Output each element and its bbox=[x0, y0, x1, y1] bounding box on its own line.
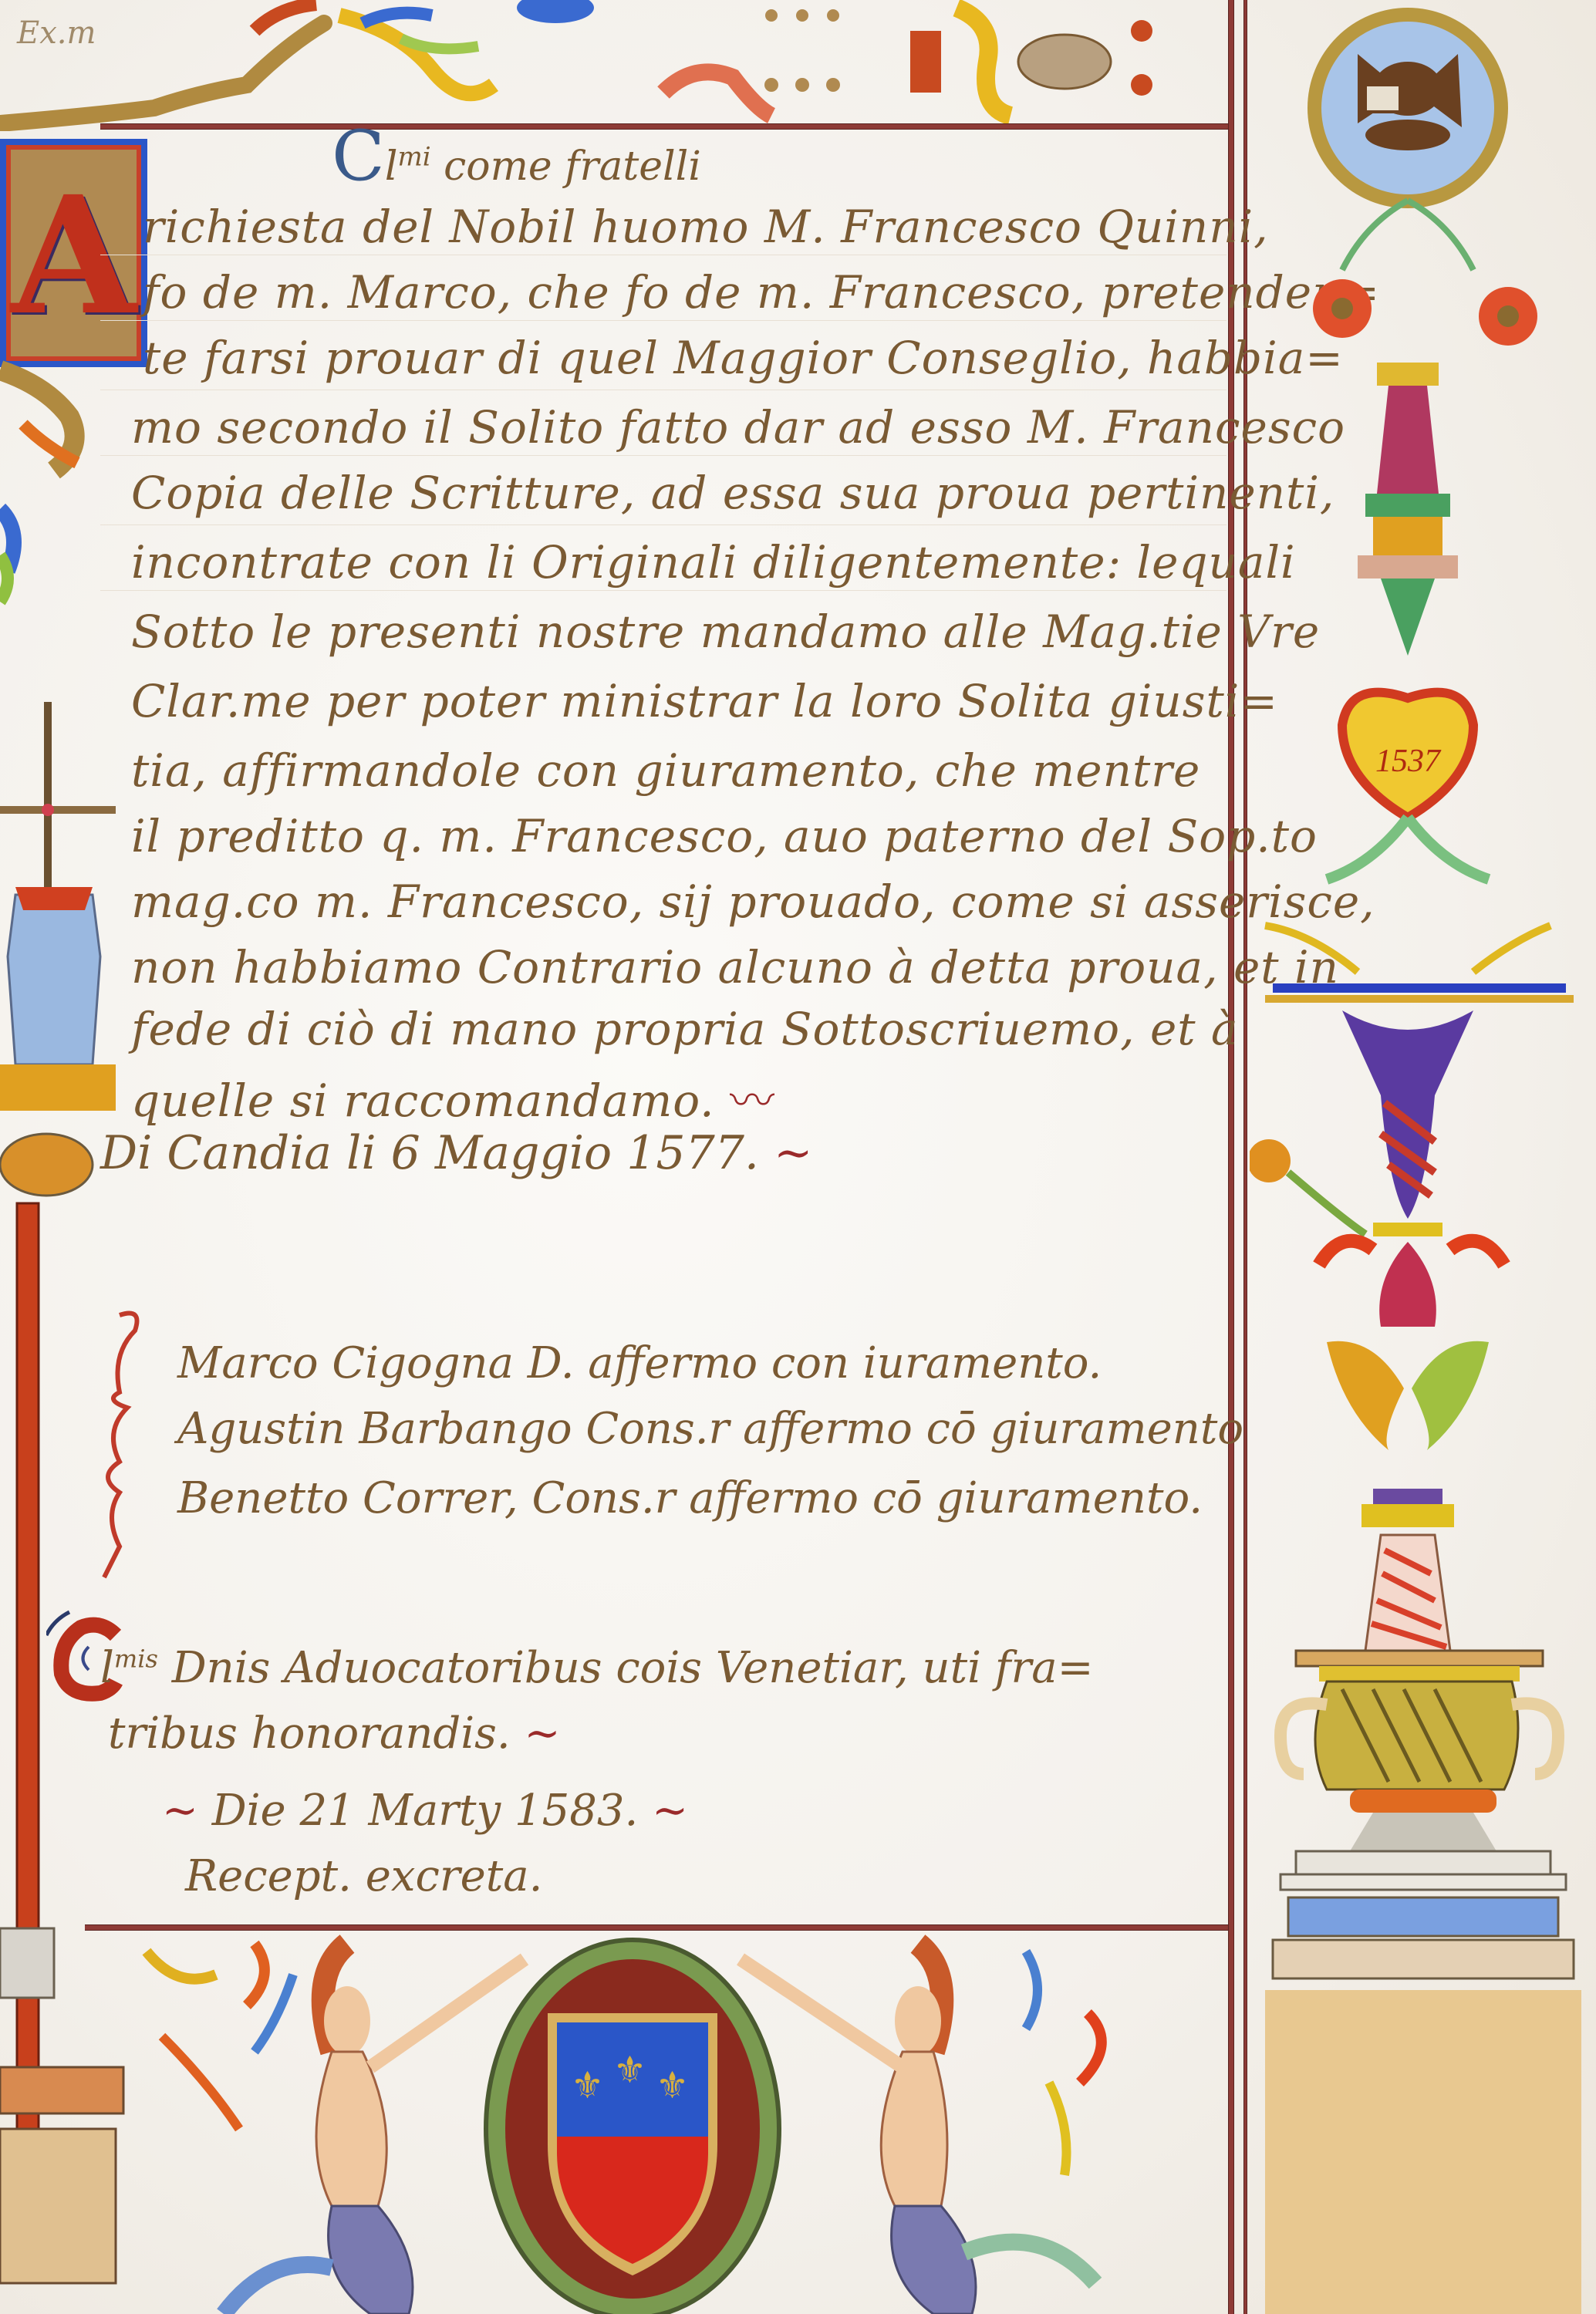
body-line: mag.co m. Francesco, sij prouado, come s… bbox=[131, 875, 1375, 928]
ruling-line bbox=[100, 525, 1227, 525]
body-line: incontrate con li Originali diligentemen… bbox=[131, 536, 1296, 589]
body-line: mo secondo il Solito fatto dar ad esso M… bbox=[131, 401, 1345, 454]
body-line: tia, affirmandole con giuramento, che me… bbox=[131, 744, 1200, 797]
ruling-line bbox=[100, 255, 1227, 255]
body-line: il preditto q. m. Francesco, auo paterno… bbox=[131, 810, 1318, 862]
svg-text:⚜: ⚜ bbox=[656, 2064, 689, 2107]
salutation: Clmi come fratelli bbox=[332, 116, 701, 197]
body-line-closing: quelle si raccomandamo. bbox=[131, 1074, 715, 1127]
red-line-filler-flourish: ∼ bbox=[162, 1786, 198, 1836]
salutation-initial: C bbox=[332, 116, 385, 197]
red-line-filler-flourish: ∼ bbox=[525, 1709, 561, 1759]
address-line-1: lmis Dnis Aduocatoribus cois Venetiar, u… bbox=[100, 1643, 1094, 1693]
right-mermaid-figure bbox=[741, 1944, 1095, 2314]
manuscript-page: Ex.m A bbox=[0, 0, 1596, 2314]
red-line-filler-flourish: ∼ bbox=[774, 1126, 812, 1180]
address-abbrev: l bbox=[100, 1643, 114, 1693]
signature-line: Agustin Barbango Cons.r affermo cō giura… bbox=[177, 1404, 1243, 1454]
place-date: Di Candia li 6 Maggio 1577. ∼ bbox=[100, 1126, 812, 1180]
address-line-2: tribus honorandis. ∼ bbox=[108, 1709, 560, 1759]
ruling-line bbox=[100, 455, 1227, 456]
body-line: fede di ciò di mano propria Sottoscriuem… bbox=[131, 1003, 1239, 1055]
body-line: richiesta del Nobil huomo M. Francesco Q… bbox=[143, 201, 1269, 253]
place-date-text: Di Candia li 6 Maggio 1577. bbox=[100, 1126, 759, 1180]
ruling-line bbox=[100, 590, 1227, 591]
winged-lion-icon bbox=[1358, 54, 1462, 150]
illuminated-initial-a: A bbox=[0, 139, 147, 367]
cartouche-year: 1537 bbox=[1375, 744, 1442, 779]
received-date: ∼ Die 21 Marty 1583. ∼ bbox=[162, 1786, 688, 1836]
received-date-text: Die 21 Marty 1583. bbox=[212, 1786, 639, 1836]
svg-text:⚜: ⚜ bbox=[571, 2064, 604, 2107]
address-superscript: mis bbox=[114, 1644, 158, 1673]
body-line: Clar.me per poter ministrar la loro Soli… bbox=[131, 675, 1278, 727]
body-line: quelle si raccomandamo. 〰 bbox=[131, 1064, 775, 1129]
ruling-line bbox=[100, 390, 1227, 390]
ruling-line bbox=[100, 320, 1227, 321]
signature-flourish-bracket bbox=[89, 1307, 181, 1585]
signature-line: Marco Cigogna D. affermo con iuramento. bbox=[177, 1338, 1102, 1388]
body-line: Sotto le presenti nostre mandamo alle Ma… bbox=[131, 605, 1320, 658]
address-text: Dnis Aduocatoribus cois Venetiar, uti fr… bbox=[172, 1643, 1094, 1693]
salutation-text: come fratelli bbox=[444, 143, 701, 190]
received-note: Recept. excreta. bbox=[185, 1851, 542, 1901]
body-line: Copia delle Scritture, ad essa sua proua… bbox=[131, 467, 1334, 519]
drop-cap-letter: A bbox=[6, 160, 141, 351]
red-flower-icon bbox=[1313, 279, 1372, 338]
body-line: te farsi prouar di quel Maggior Consegli… bbox=[143, 332, 1344, 384]
top-foliage-border bbox=[0, 0, 1250, 131]
coat-of-arms: ⚜⚜⚜ bbox=[486, 1940, 779, 2314]
salutation-superscript: mi bbox=[398, 142, 431, 173]
red-line-filler-flourish: ∼ bbox=[652, 1786, 688, 1836]
body-line: non habbiamo Contrario alcuno à detta pr… bbox=[131, 941, 1339, 993]
svg-text:⚜: ⚜ bbox=[613, 2049, 646, 2092]
signature-line: Benetto Correr, Cons.r affermo cō giuram… bbox=[177, 1473, 1203, 1523]
left-mermaid-figure bbox=[224, 1944, 525, 2314]
body-line: fo de m. Marco, che fo de m. Francesco, … bbox=[143, 266, 1380, 319]
right-candelabra-ornament: 1537 bbox=[1250, 0, 1596, 2314]
bottom-mermaids-panel: ⚜⚜⚜ bbox=[100, 1928, 1234, 2314]
address-text: tribus honorandis. bbox=[108, 1709, 511, 1759]
salutation-abbrev: l bbox=[385, 143, 398, 190]
red-line-filler-flourish: 〰 bbox=[730, 1074, 775, 1127]
red-flower-icon bbox=[1479, 287, 1537, 346]
